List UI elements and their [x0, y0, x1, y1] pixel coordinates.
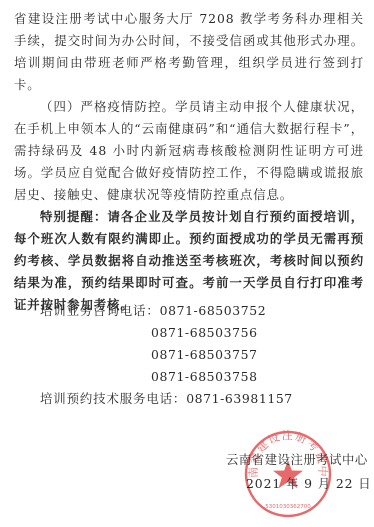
business-contact-label: 培训业务咨询电话：: [40, 303, 160, 318]
tech-contact-row: 培训预约技术服务电话：0871-63981157: [40, 388, 293, 410]
signature-organization: 云南省建设注册考试中心: [226, 450, 368, 468]
tech-contact-label: 培训预约技术服务电话：: [40, 391, 186, 406]
paragraph-epidemic-control: （四）严格疫情防控。学员请主动申报个人健康状况，在手机上申领本人的“云南健康码”…: [14, 96, 364, 206]
contact-section: 培训业务咨询电话：0871-68503752 0871-68503756 087…: [40, 300, 293, 410]
business-phone-row: 0871-68503758: [40, 366, 293, 388]
signature-date: 2021 年 9 月 22 日: [246, 474, 372, 492]
business-phone-3: 0871-68503757: [151, 347, 258, 362]
document-body: 省建设注册考试中心服务大厅 7208 教学考务科办理相关手续，提交时间为办公时间…: [14, 8, 364, 316]
business-phone-2: 0871-68503756: [151, 325, 258, 340]
business-phone-4: 0871-68503758: [151, 369, 258, 384]
paragraph-submission: 省建设注册考试中心服务大厅 7208 教学考务科办理相关手续，提交时间为办公时间…: [14, 8, 364, 96]
business-phone-row: 0871-68503756: [40, 322, 293, 344]
business-phone-1: 0871-68503752: [160, 303, 267, 318]
tech-phone: 0871-63981157: [186, 391, 293, 406]
seal-serial: 5301030362700: [265, 504, 311, 510]
business-phone-row: 0871-68503757: [40, 344, 293, 366]
business-contact-row: 培训业务咨询电话：0871-68503752: [40, 300, 293, 322]
